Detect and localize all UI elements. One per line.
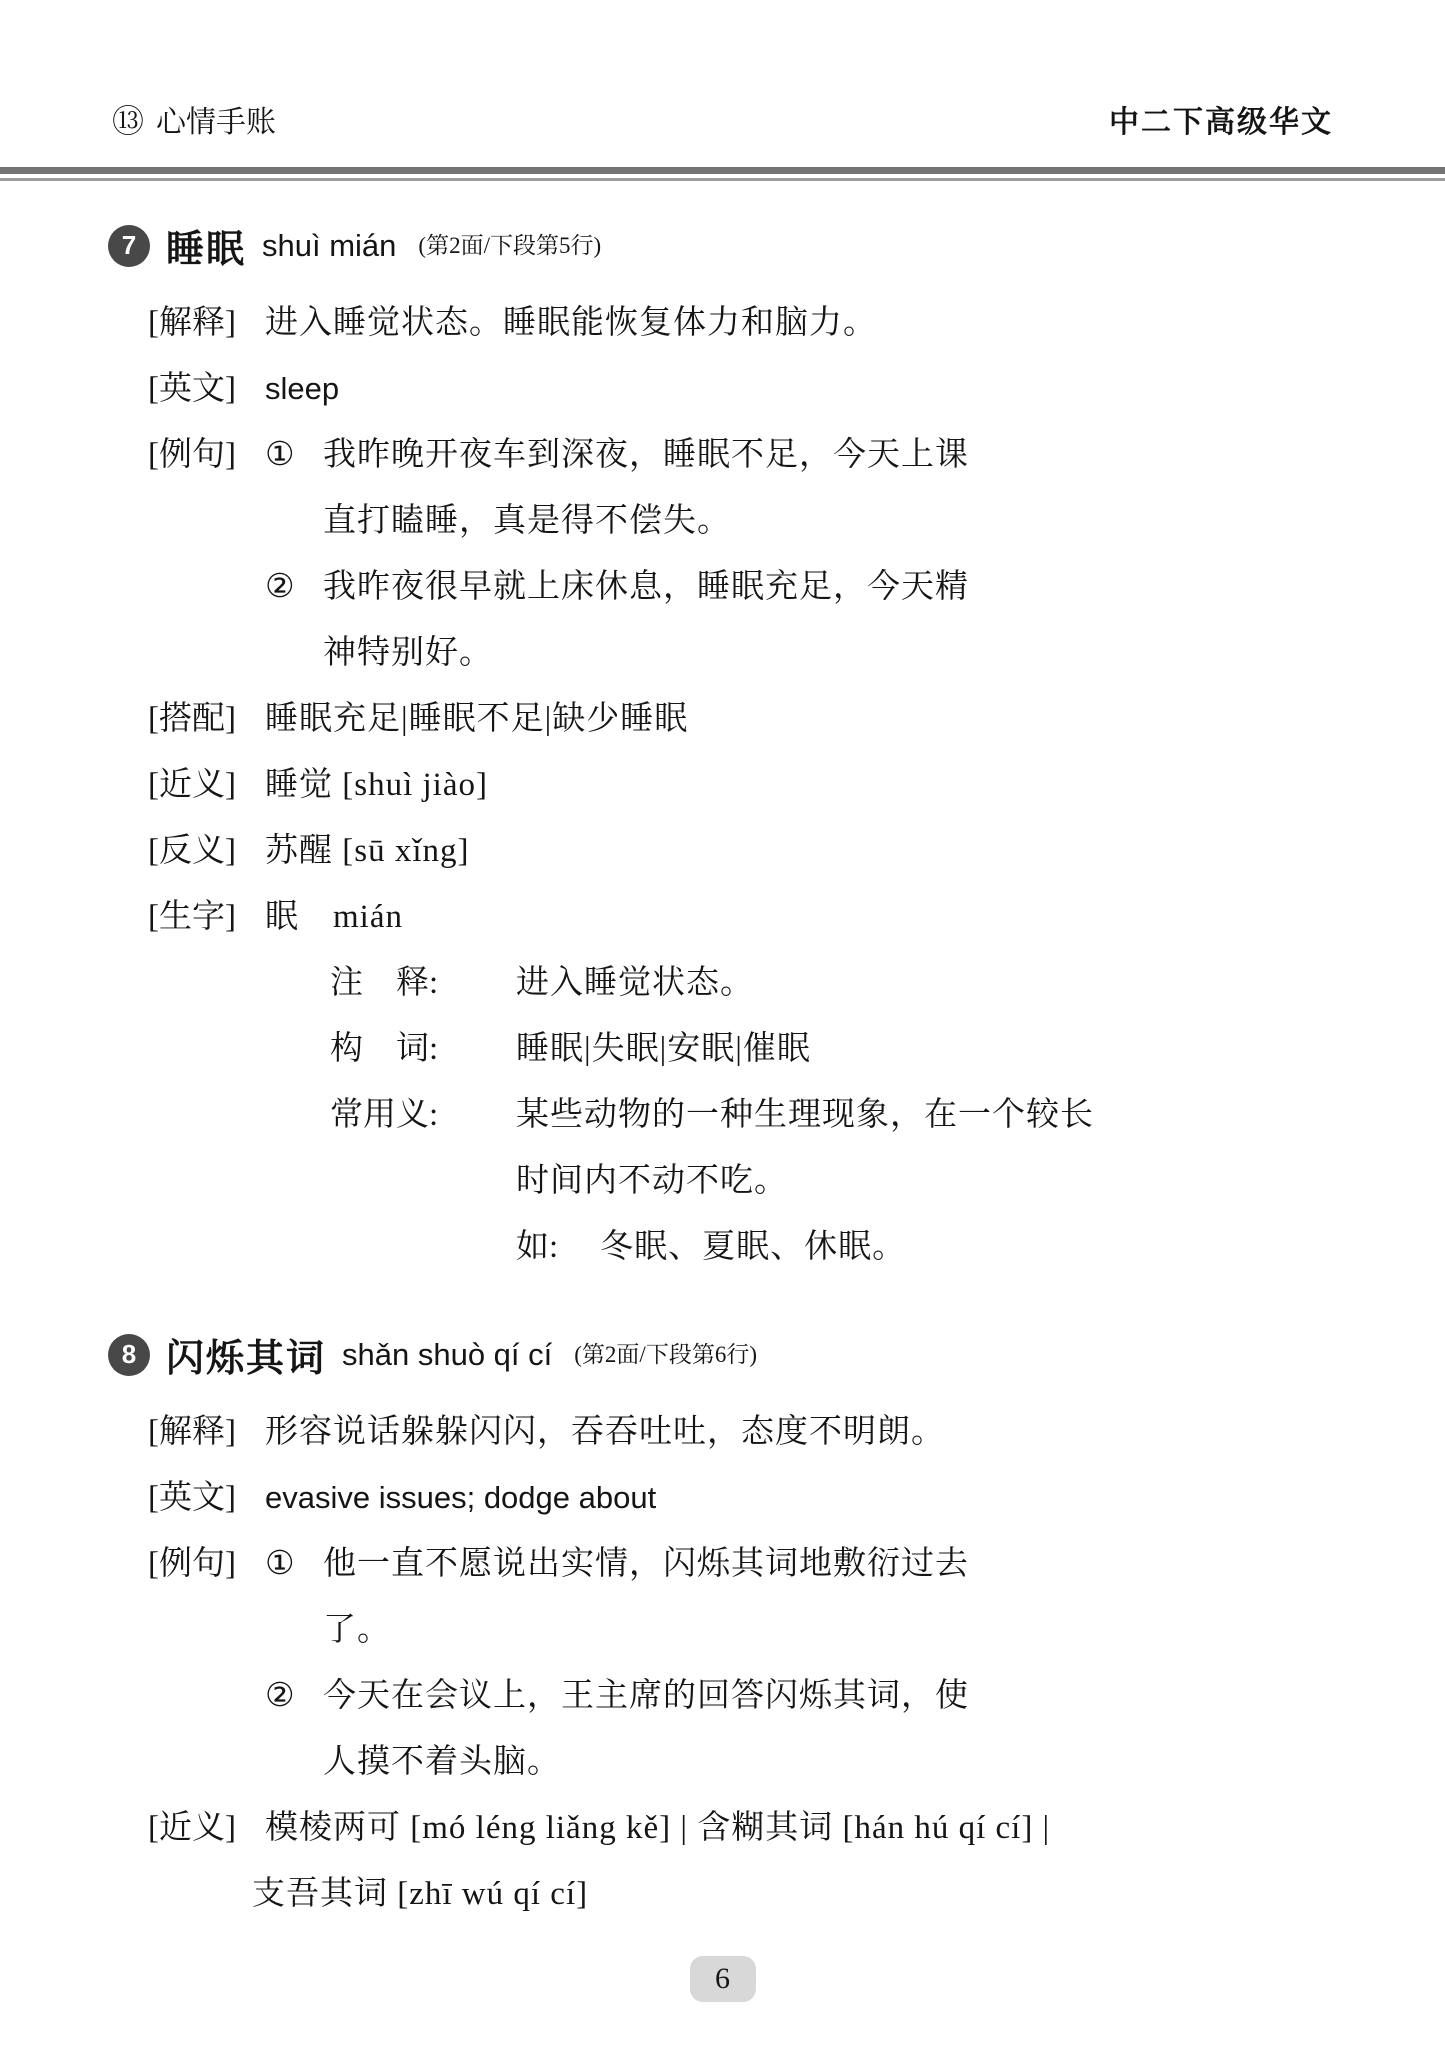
character-note-row: 注 释: 进入睡觉状态。 (0, 959, 1445, 1007)
row-text: sleep (265, 365, 1445, 413)
book-title: 中二下高级华文 (1109, 97, 1333, 141)
example-row: [例句] ① 我昨晚开夜车到深夜，睡眠不足，今天上课 (0, 431, 1445, 479)
synonym-row: [近义] 睡觉 [shuì jiào] (0, 761, 1445, 809)
page-header: ⑬ 心情手账 中二下高级华文 (112, 96, 1333, 142)
row-label: [搭配] (148, 695, 265, 743)
row-text: 我昨晚开夜车到深夜，睡眠不足，今天上课 (323, 431, 1445, 479)
sub-label: 如: (516, 1223, 558, 1271)
entry-pinyin: shuì mián (262, 228, 396, 264)
row-label: [解释] (148, 1408, 265, 1456)
header-divider (0, 167, 1445, 181)
row-text: 某些动物的一种生理现象，在一个较长 (516, 1091, 1445, 1139)
example-continuation: 了。 (0, 1606, 1445, 1654)
chapter-title: 心情手账 (156, 97, 276, 141)
row-label: [解释] (148, 299, 265, 347)
entry-number-badge: 7 (108, 225, 150, 267)
collocation-row: [搭配] 睡眠充足|睡眠不足|缺少睡眠 (0, 695, 1445, 743)
row-text: 睡觉 [shuì jiào] (265, 761, 1445, 809)
entry-pinyin: shǎn shuò qí cí (342, 1337, 552, 1373)
row-text: 苏醒 [sū xǐng] (265, 827, 1445, 875)
sub-label: 构 词: (330, 1025, 516, 1073)
row-text: 我昨夜很早就上床休息，睡眠充足，今天精 (323, 563, 1445, 611)
example-continuation: 直打瞌睡，真是得不偿失。 (0, 497, 1445, 545)
synonym-continuation: 支吾其词 [zhī wú qí cí] (0, 1870, 1445, 1918)
row-label: [近义] (148, 761, 265, 809)
row-text: 形容说话躲躲闪闪，吞吞吐吐，态度不明朗。 (265, 1408, 1445, 1456)
row-label: [例句] (148, 431, 265, 479)
row-text: 支吾其词 [zhī wú qí cí] (252, 1870, 1445, 1918)
row-text: 人摸不着头脑。 (323, 1738, 1445, 1786)
example-row: ② 今天在会议上，王主席的回答闪烁其词，使 (0, 1672, 1445, 1720)
glossary-content: 7 睡眠 shuì mián (第2面/下段第5行) [解释] 进入睡觉状态。睡… (0, 218, 1445, 1936)
row-text: 睡眠|失眠|安眠|催眠 (516, 1025, 1445, 1073)
row-text: 睡眠充足|睡眠不足|缺少睡眠 (265, 695, 1445, 743)
english-row: [英文] sleep (0, 365, 1445, 413)
sub-label: 常用义: (330, 1091, 516, 1139)
english-row: [英文] evasive issues; dodge about (0, 1474, 1445, 1522)
example-continuation: 神特别好。 (0, 629, 1445, 677)
entry-location: (第2面/下段第5行) (418, 227, 601, 260)
row-label: [反义] (148, 827, 265, 875)
row-text: 神特别好。 (323, 629, 1445, 677)
example-number-icon: ① (265, 1540, 323, 1588)
chapter-number-icon: ⑬ (112, 96, 144, 142)
row-text: 冬眠、夏眠、休眠。 (600, 1223, 1445, 1271)
row-label: [英文] (148, 365, 265, 413)
row-label: [近义] (148, 1804, 265, 1852)
entry-location: (第2面/下段第6行) (574, 1336, 757, 1369)
row-text: 眠 mián (265, 893, 1445, 941)
example-row: [例句] ① 他一直不愿说出实情，闪烁其词地敷衍过去 (0, 1540, 1445, 1588)
row-text: 进入睡觉状态。睡眠能恢复体力和脑力。 (265, 299, 1445, 347)
page-number: 6 (715, 1962, 730, 1996)
entry-8-heading: 8 闪烁其词 shǎn shuò qí cí (第2面/下段第6行) (0, 1327, 1445, 1382)
definition-row: [解释] 形容说话躲躲闪闪，吞吞吐吐，态度不明朗。 (0, 1408, 1445, 1456)
textbook-page: ⑬ 心情手账 中二下高级华文 7 睡眠 shuì mián (第2面/下段第5行… (0, 0, 1445, 2072)
chapter-heading: ⑬ 心情手账 (112, 96, 276, 142)
entry-term: 睡眠 (166, 218, 246, 273)
row-label: [例句] (148, 1540, 265, 1588)
row-text: evasive issues; dodge about (265, 1474, 1445, 1522)
row-text: 他一直不愿说出实情，闪烁其词地敷衍过去 (323, 1540, 1445, 1588)
definition-row: [解释] 进入睡觉状态。睡眠能恢复体力和脑力。 (0, 299, 1445, 347)
entry-term: 闪烁其词 (166, 1327, 326, 1382)
row-text: 模棱两可 [mó léng liǎng kě] | 含糊其词 [hán hú q… (265, 1804, 1445, 1852)
row-text: 直打瞌睡，真是得不偿失。 (323, 497, 1445, 545)
sub-label: 注 释: (330, 959, 516, 1007)
example-row: ② 我昨夜很早就上床休息，睡眠充足，今天精 (0, 563, 1445, 611)
example-number-icon: ② (265, 1672, 323, 1720)
common-meaning-continuation: 时间内不动不吃。 (0, 1157, 1445, 1205)
new-character-row: [生字] 眠 mián (0, 893, 1445, 941)
row-text: 今天在会议上，王主席的回答闪烁其词，使 (323, 1672, 1445, 1720)
entry-7-heading: 7 睡眠 shuì mián (第2面/下段第5行) (0, 218, 1445, 273)
example-number-icon: ② (265, 563, 323, 611)
example-number-icon: ① (265, 431, 323, 479)
common-meaning-row: 常用义: 某些动物的一种生理现象，在一个较长 (0, 1091, 1445, 1139)
row-text: 时间内不动不吃。 (516, 1157, 1445, 1205)
page-number-badge: 6 (690, 1956, 756, 2002)
row-label: [英文] (148, 1474, 265, 1522)
row-text: 了。 (323, 1606, 1445, 1654)
example-words-row: 如: 冬眠、夏眠、休眠。 (0, 1223, 1445, 1271)
synonym-row: [近义] 模棱两可 [mó léng liǎng kě] | 含糊其词 [hán… (0, 1804, 1445, 1852)
row-label: [生字] (148, 893, 265, 941)
row-text: 进入睡觉状态。 (516, 959, 1445, 1007)
character-words-row: 构 词: 睡眠|失眠|安眠|催眠 (0, 1025, 1445, 1073)
entry-number-badge: 8 (108, 1334, 150, 1376)
antonym-row: [反义] 苏醒 [sū xǐng] (0, 827, 1445, 875)
example-continuation: 人摸不着头脑。 (0, 1738, 1445, 1786)
